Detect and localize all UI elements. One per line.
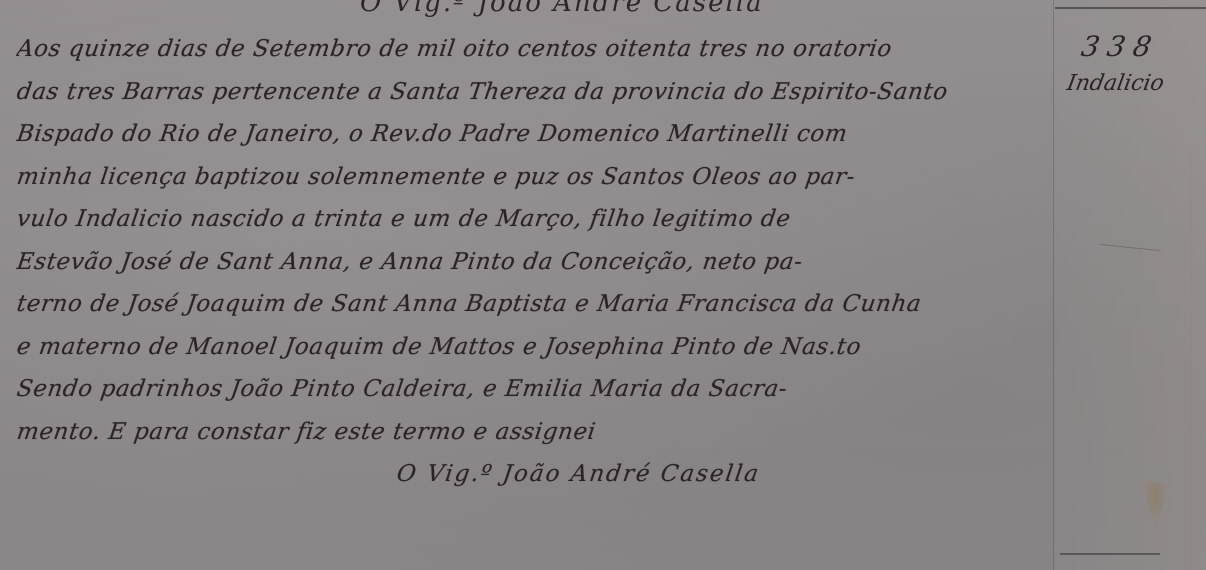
record-line: e materno de Manoel Joaquim de Mattos e … [14,326,1050,369]
record-line: minha licença baptizou solemnemente e pu… [14,156,1050,199]
baptized-name: Indalicio [1063,64,1206,104]
record-line: Bispado do Rio de Janeiro, o Rev.do Padr… [14,113,1050,156]
margin-bottom-rule [1060,553,1160,555]
record-line: terno de José Joaquim de Sant Anna Bapti… [14,283,1050,326]
margin-divider-line [1053,0,1054,570]
vicar-signature: O Vig.º João André Casella [14,453,1050,496]
record-line: mento. E para constar fiz este termo e a… [14,411,1050,454]
previous-entry-signature: O Vig.º João André Casella [360,0,764,18]
record-line: das tres Barras pertencente a Santa Ther… [14,71,1050,114]
margin-annotation: 338 Indalicio [1071,30,1206,104]
baptism-record: Aos quinze dias de Setembro de mil oito … [14,28,1044,496]
margin-top-rule [1055,7,1206,9]
entry-number: 338 [1079,30,1206,64]
manuscript-page: O Vig.º João André Casella Aos quinze di… [0,0,1206,570]
record-line: Aos quinze dias de Setembro de mil oito … [14,28,1050,71]
paper-crease [1190,150,1192,570]
record-line: vulo Indalicio nascido a trinta e um de … [14,198,1050,241]
record-line: Sendo padrinhos João Pinto Caldeira, e E… [14,368,1050,411]
record-line: Estevão José de Sant Anna, e Anna Pinto … [14,241,1050,284]
